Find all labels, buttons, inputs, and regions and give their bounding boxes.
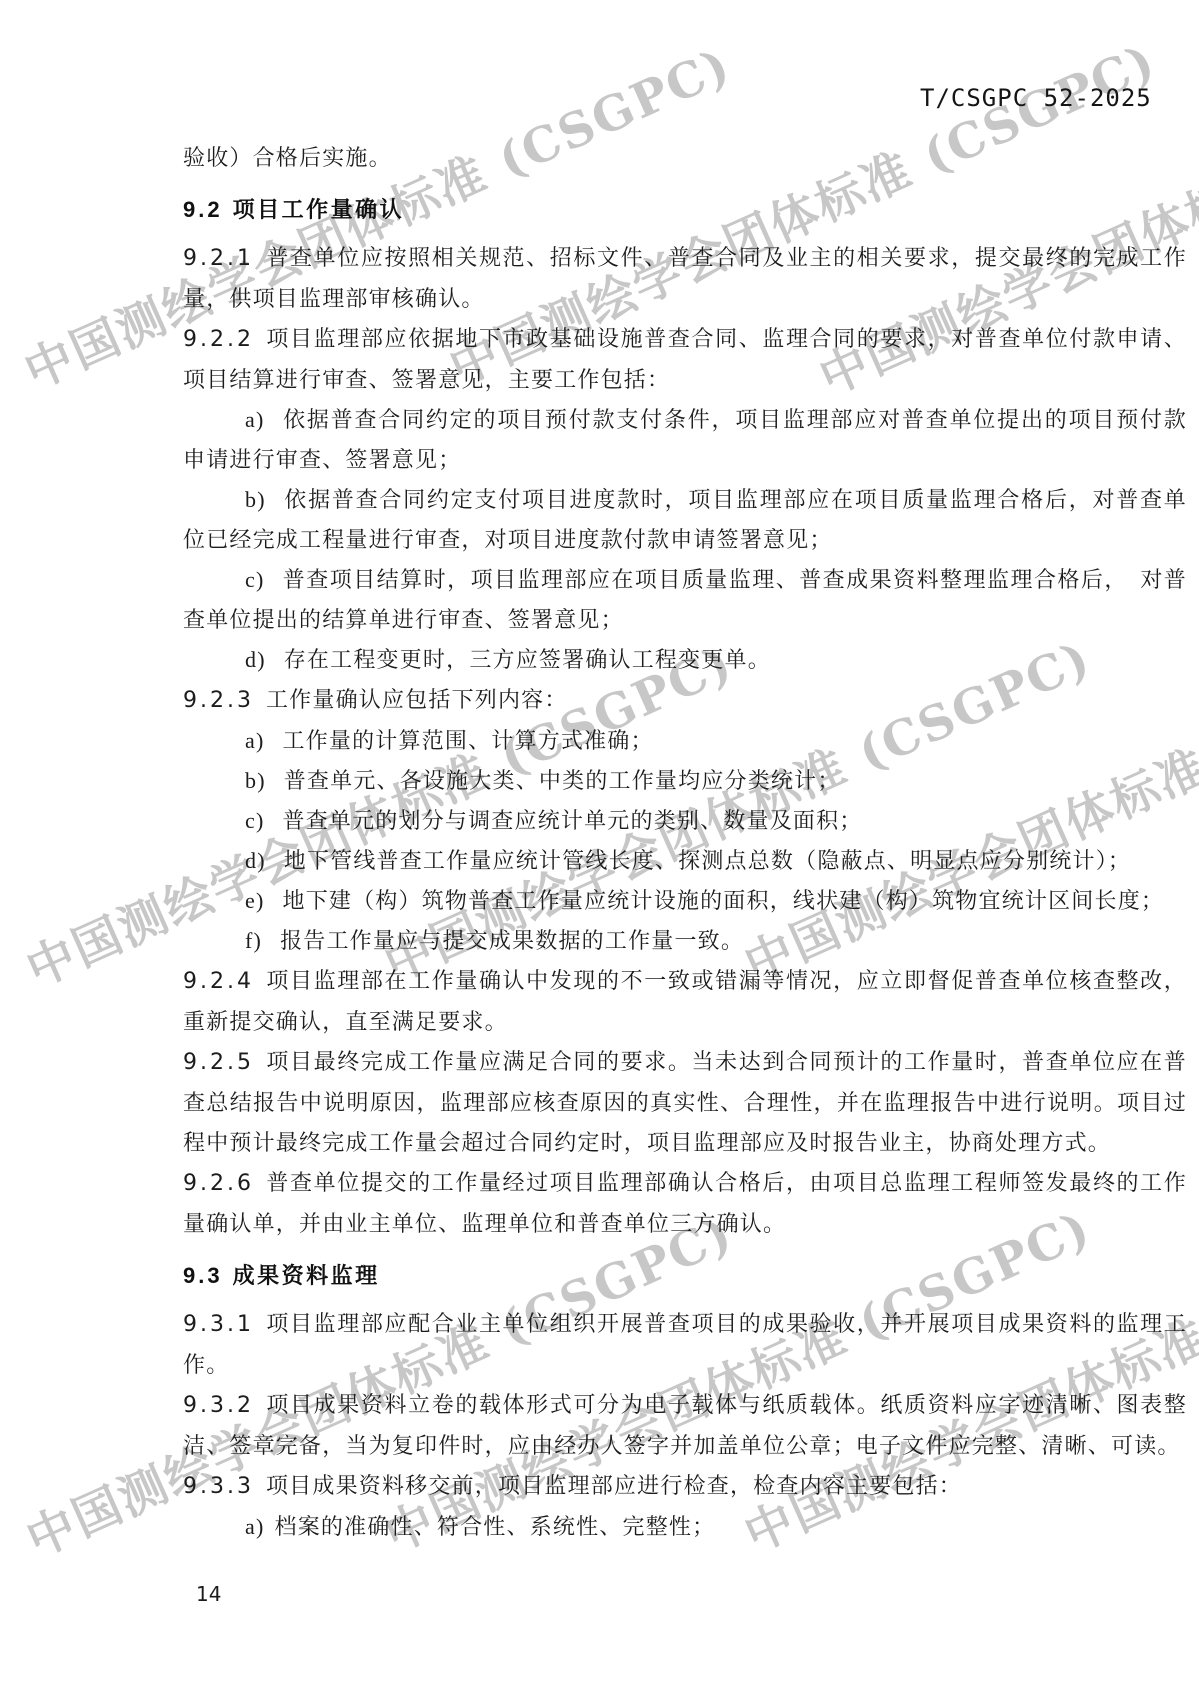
list-item: a)档案的准确性、符合性、系统性、完整性；	[183, 1507, 1187, 1547]
clause-text: 项目成果资料立卷的载体形式可分为电子载体与纸质载体。纸质资料应字迹清晰、图表整洁…	[183, 1392, 1187, 1458]
doc-code: T/CSGPC 52-2025	[920, 84, 1152, 112]
clause-text: 报告工作量应与提交成果数据的工作量一致。	[280, 928, 744, 953]
clause-text: 普查单元、各设施大类、中类的工作量均应分类统计；	[284, 768, 841, 793]
clause-number: 9.2.4	[183, 969, 254, 994]
clause-text: 普查单位提交的工作量经过项目监理部确认合格后，由项目总监理工程师签发最终的工作量…	[183, 1170, 1187, 1236]
page-number: 14	[196, 1582, 221, 1606]
clause-paragraph: 9.2.5项目最终完成工作量应满足合同的要求。当未达到合同预计的工作量时，普查单…	[183, 1042, 1187, 1163]
list-label: f)	[245, 928, 262, 953]
clause-number: 9.2.5	[183, 1050, 254, 1075]
list-item: a)工作量的计算范围、计算方式准确；	[183, 721, 1187, 761]
clause-paragraph: 9.2.4项目监理部在工作量确认中发现的不一致或错漏等情况，应立即督促普查单位核…	[183, 961, 1187, 1042]
clause-number: 9.2.2	[183, 327, 254, 352]
clause-number: 9.2	[183, 197, 223, 222]
clause-text: 普查单元的划分与调查应统计单元的类别、数量及面积；	[283, 808, 863, 833]
clause-text: 项目监理部应依据地下市政基础设施普查合同、监理合同的要求，对普查单位付款申请、项…	[183, 326, 1187, 392]
clause-text: 工作量的计算范围、计算方式准确；	[283, 728, 654, 753]
clause-text: 普查单位应按照相关规范、招标文件、普查合同及业主的相关要求，提交最终的完成工作量…	[183, 245, 1187, 311]
clause-text: 依据普查合同约定支付项目进度款时，项目监理部应在项目质量监理合格后，对普查单位已…	[183, 487, 1187, 552]
list-label: e)	[245, 888, 265, 913]
clause-paragraph: 9.2.6普查单位提交的工作量经过项目监理部确认合格后，由项目总监理工程师签发最…	[183, 1163, 1187, 1244]
clause-heading: 9.3成果资料监理	[183, 1256, 1187, 1296]
clause-number: 9.2.1	[183, 246, 254, 271]
document-content: 验收）合格后实施。9.2项目工作量确认9.2.1普查单位应按照相关规范、招标文件…	[183, 138, 1187, 1547]
clause-text: 项目工作量确认	[233, 197, 405, 222]
clause-text: 项目成果资料移交前，项目监理部应进行检查，检查内容主要包括：	[266, 1473, 962, 1498]
clause-text: 成果资料监理	[233, 1263, 380, 1288]
list-item: f)报告工作量应与提交成果数据的工作量一致。	[183, 921, 1187, 961]
list-label: c)	[245, 567, 265, 592]
clause-paragraph: 9.2.1普查单位应按照相关规范、招标文件、普查合同及业主的相关要求，提交最终的…	[183, 238, 1187, 319]
clause-heading: 9.2项目工作量确认	[183, 190, 1187, 230]
clause-text: 依据普查合同约定的项目预付款支付条件，项目监理部应对普查单位提出的项目预付款申请…	[183, 407, 1187, 472]
clause-text: 项目监理部应配合业主单位组织开展普查项目的成果验收，并开展项目成果资料的监理工作…	[183, 1311, 1187, 1377]
list-item: d)地下管线普查工作量应统计管线长度、探测点总数（隐蔽点、明显点应分别统计）；	[183, 841, 1187, 881]
clause-paragraph: 9.2.2项目监理部应依据地下市政基础设施普查合同、监理合同的要求，对普查单位付…	[183, 319, 1187, 400]
clause-paragraph: 9.3.1项目监理部应配合业主单位组织开展普查项目的成果验收，并开展项目成果资料…	[183, 1304, 1187, 1385]
clause-text: 工作量确认应包括下列内容：	[266, 687, 568, 712]
clause-paragraph: 验收）合格后实施。	[183, 138, 1187, 178]
clause-paragraph: 9.3.3项目成果资料移交前，项目监理部应进行检查，检查内容主要包括：	[183, 1466, 1187, 1507]
clause-paragraph: 9.3.2项目成果资料立卷的载体形式可分为电子载体与纸质载体。纸质资料应字迹清晰…	[183, 1385, 1187, 1466]
clause-number: 9.3.3	[183, 1474, 254, 1499]
clause-number: 9.2.3	[183, 688, 254, 713]
list-label: a)	[245, 1514, 265, 1539]
clause-number: 9.3.1	[183, 1312, 254, 1337]
clause-text: 普查项目结算时，项目监理部应在项目质量监理、普查成果资料整理监理合格后， 对普查…	[183, 567, 1187, 632]
list-label: d)	[245, 647, 266, 672]
list-label: a)	[245, 407, 265, 432]
list-item: a)依据普查合同约定的项目预付款支付条件，项目监理部应对普查单位提出的项目预付款…	[183, 400, 1187, 480]
clause-text: 项目最终完成工作量应满足合同的要求。当未达到合同预计的工作量时，普查单位应在普查…	[183, 1049, 1187, 1155]
list-label: c)	[245, 808, 265, 833]
clause-text: 地下管线普查工作量应统计管线长度、探测点总数（隐蔽点、明显点应分别统计）；	[284, 848, 1131, 873]
clause-number: 9.3	[183, 1263, 223, 1288]
list-item: b)依据普查合同约定支付项目进度款时，项目监理部应在项目质量监理合格后，对普查单…	[183, 480, 1187, 560]
clause-number: 9.3.2	[183, 1393, 254, 1418]
clause-paragraph: 9.2.3工作量确认应包括下列内容：	[183, 680, 1187, 721]
list-item: c)普查项目结算时，项目监理部应在项目质量监理、普查成果资料整理监理合格后， 对…	[183, 560, 1187, 640]
list-item: d)存在工程变更时，三方应签署确认工程变更单。	[183, 640, 1187, 680]
list-label: b)	[245, 487, 266, 512]
clause-number: 9.2.6	[183, 1171, 254, 1196]
list-label: b)	[245, 768, 266, 793]
clause-text: 项目监理部在工作量确认中发现的不一致或错漏等情况，应立即督促普查单位核查整改，重…	[183, 968, 1187, 1034]
list-item: c)普查单元的划分与调查应统计单元的类别、数量及面积；	[183, 801, 1187, 841]
list-label: a)	[245, 728, 265, 753]
document-page: 中国测绘学会团体标准 (CSGPC)中国测绘学会团体标准 (CSGPC)中国测绘…	[0, 0, 1199, 1696]
clause-text: 存在工程变更时，三方应签署确认工程变更单。	[284, 647, 771, 672]
list-item: b)普查单元、各设施大类、中类的工作量均应分类统计；	[183, 761, 1187, 801]
clause-text: 地下建（构）筑物普查工作量应统计设施的面积，线状建（构）筑物宜统计区间长度；	[283, 888, 1165, 913]
list-label: d)	[245, 848, 266, 873]
clause-text: 验收）合格后实施。	[183, 145, 392, 170]
clause-text: 档案的准确性、符合性、系统性、完整性；	[275, 1514, 716, 1539]
list-item: e)地下建（构）筑物普查工作量应统计设施的面积，线状建（构）筑物宜统计区间长度；	[183, 881, 1187, 921]
